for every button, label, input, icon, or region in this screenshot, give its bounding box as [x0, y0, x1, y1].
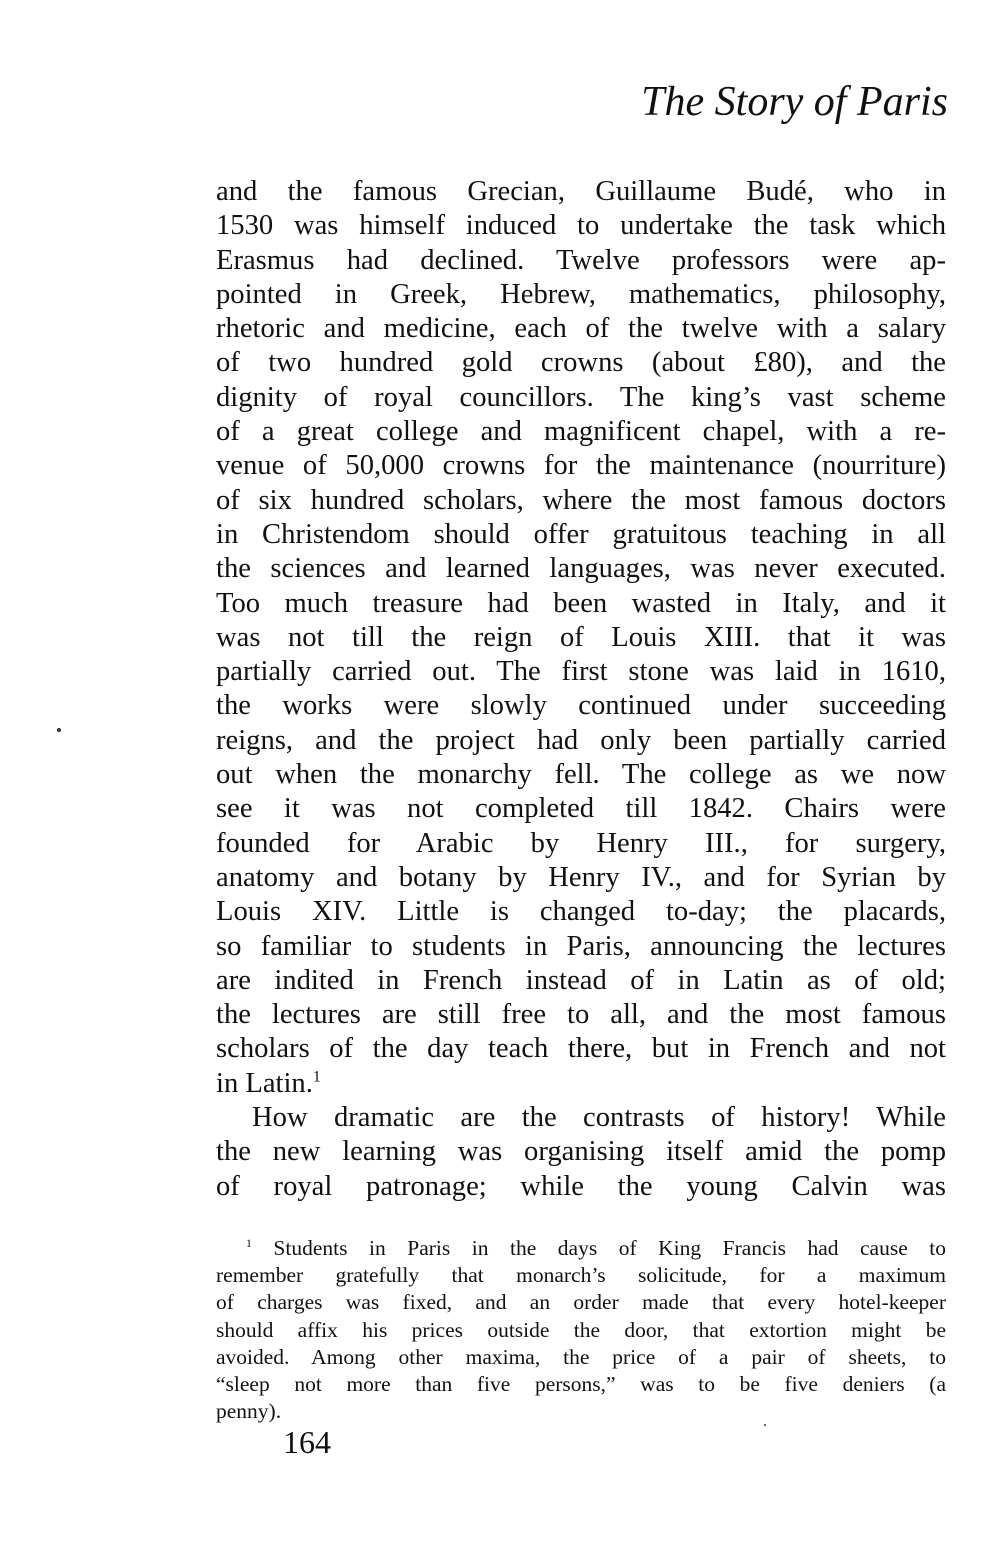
- text-line: of a great college and magnificent chape…: [216, 415, 946, 449]
- text-line: Erasmus had declined. Twelve professors …: [216, 244, 946, 278]
- body-text: and the famous Grecian, Guillaume Budé, …: [216, 175, 946, 1204]
- text-line: and the famous Grecian, Guillaume Budé, …: [216, 175, 946, 209]
- footnote-line: “sleep not more than five persons,” was …: [216, 1371, 946, 1398]
- text-line: the lectures are still free to all, and …: [216, 998, 946, 1032]
- text-line: so familiar to students in Paris, announ…: [216, 930, 946, 964]
- footnote-marker: 1: [246, 1236, 252, 1250]
- text-line: out when the monarchy fell. The college …: [216, 758, 946, 792]
- text-line: reigns, and the project had only been pa…: [216, 724, 946, 758]
- text-line: of royal patronage; while the young Calv…: [216, 1170, 946, 1204]
- text-line: venue of 50,000 crowns for the maintenan…: [216, 449, 946, 483]
- page-number: 164: [283, 1422, 331, 1462]
- text-line: of two hundred gold crowns (about £80), …: [216, 346, 946, 380]
- text-line: scholars of the day teach there, but in …: [216, 1032, 946, 1066]
- footnote-line: should affix his prices outside the door…: [216, 1317, 946, 1344]
- paragraph-start: How dramatic are the contrasts of histor…: [216, 1101, 946, 1135]
- text-line: dignity of royal councillors. The king’s…: [216, 381, 946, 415]
- text-line: Louis XIV. Little is changed to-day; the…: [216, 895, 946, 929]
- scan-speck: [57, 728, 61, 732]
- text-line: rhetoric and medicine, each of the twelv…: [216, 312, 946, 346]
- text-line: see it was not completed till 1842. Chai…: [216, 792, 946, 826]
- text-line: was not till the reign of Louis XIII. th…: [216, 621, 946, 655]
- text-line: in Latin.: [216, 1068, 313, 1099]
- footnote: 1 Students in Paris in the days of King …: [216, 1235, 946, 1425]
- text-line-with-footnote: in Latin.1: [216, 1067, 946, 1101]
- text-line: are indited in French instead of in Lati…: [216, 964, 946, 998]
- text-line: the works were slowly continued under su…: [216, 689, 946, 723]
- footnote-line: 1 Students in Paris in the days of King …: [216, 1235, 946, 1262]
- text-line: 1530 was himself induced to undertake th…: [216, 209, 946, 243]
- scan-speck: [764, 1424, 766, 1426]
- text-line: founded for Arabic by Henry III., for su…: [216, 827, 946, 861]
- text-line: of six hundred scholars, where the most …: [216, 484, 946, 518]
- text-line: partially carried out. The first stone w…: [216, 655, 946, 689]
- text-line: Too much treasure had been wasted in Ita…: [216, 587, 946, 621]
- text-line: in Christendom should offer gratuitous t…: [216, 518, 946, 552]
- footnote-reference: 1: [313, 1068, 321, 1085]
- footnote-line: of charges was fixed, and an order made …: [216, 1289, 946, 1316]
- footnote-line: avoided. Among other maxima, the price o…: [216, 1344, 946, 1371]
- text-line: the new learning was organising itself a…: [216, 1135, 946, 1169]
- running-head: The Story of Paris: [641, 78, 948, 126]
- footnote-text: Students in Paris in the days of King Fr…: [273, 1236, 946, 1260]
- text-line: the sciences and learned languages, was …: [216, 552, 946, 586]
- text-line: pointed in Greek, Hebrew, mathematics, p…: [216, 278, 946, 312]
- text-line: anatomy and botany by Henry IV., and for…: [216, 861, 946, 895]
- footnote-line: remember gratefully that monarch’s solic…: [216, 1262, 946, 1289]
